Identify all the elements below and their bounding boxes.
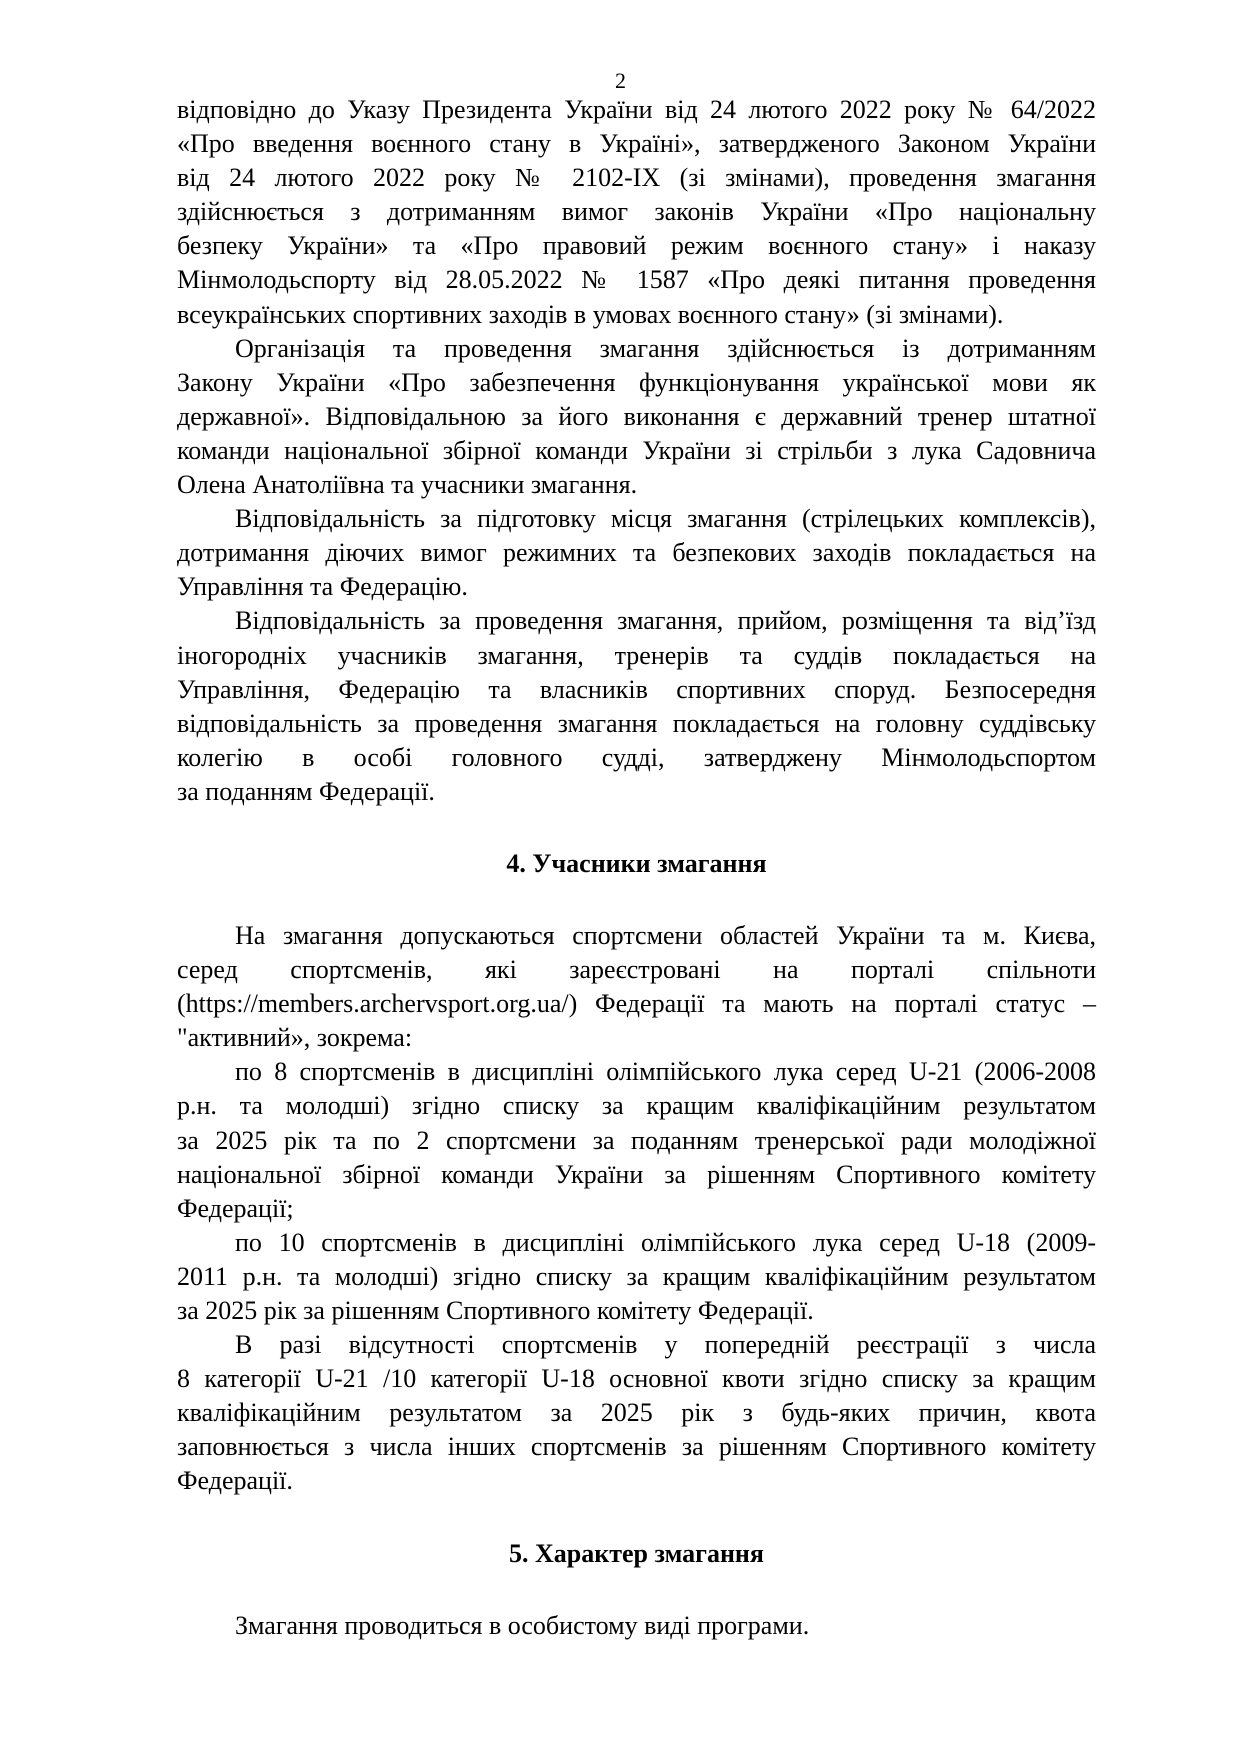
text-line: "активний», зокрема: <box>177 1021 1096 1055</box>
paragraph-u21-quota: по 8 спортсменів в дисципліні олімпійськ… <box>177 1055 1096 1225</box>
paragraph-venue-responsibility: Відповідальність за підготовку місця зма… <box>177 502 1096 604</box>
text-line: іногородніх учасників змагання, тренерів… <box>177 639 1096 673</box>
paragraph-organization: Організація та проведення змагання здійс… <box>177 332 1096 502</box>
text-line: по 8 спортсменів в дисципліні олімпійськ… <box>177 1055 1096 1089</box>
text-line: Мінмолодьспорту від 28.05.2022 № 1587 «П… <box>177 263 1096 297</box>
text-line: Відповідальність за підготовку місця зма… <box>177 502 1096 536</box>
text-line: здійснюється з дотриманням вимог законів… <box>177 195 1096 229</box>
text-line: В разі відсутності спортсменів у поперед… <box>177 1328 1096 1362</box>
text-line: (https://members.archervsport.org.ua/) Ф… <box>177 987 1096 1021</box>
text-line: за поданням Федерації. <box>177 775 1096 809</box>
paragraph-admission: На змагання допускаються спортсмени обла… <box>177 919 1096 1055</box>
text-line: кваліфікаційним результатом за 2025 рік … <box>177 1396 1096 1430</box>
text-line: Змагання проводиться в особистому виді п… <box>177 1609 1096 1643</box>
text-line: безпеку України» та «Про правовий режим … <box>177 229 1096 263</box>
text-line: дотримання діючих вимог режимних та безп… <box>177 536 1096 570</box>
text-line: 2011 р.н. та молодші) згідно списку за к… <box>177 1260 1096 1294</box>
text-line: Федерації; <box>177 1192 1096 1226</box>
text-line: колегію в особі головного судді, затверд… <box>177 741 1096 775</box>
text-line: Федерації. <box>177 1464 1096 1498</box>
text-line: відповідальність за проведення змагання … <box>177 707 1096 741</box>
paragraph-competition-format: Змагання проводиться в особистому виді п… <box>177 1609 1096 1643</box>
text-line: команди національної збірної команди Укр… <box>177 434 1096 468</box>
text-line: за 2025 рік та по 2 спортсмени за поданн… <box>177 1124 1096 1158</box>
paragraph-event-responsibility: Відповідальність за проведення змагання,… <box>177 604 1096 809</box>
document-body: відповідно до Указу Президента України в… <box>177 93 1096 1643</box>
text-line: від 24 лютого 2022 року № 2102-IX (зі зм… <box>177 161 1096 195</box>
text-line: серед спортсменів, які зареєстровані на … <box>177 953 1096 987</box>
text-line: по 10 спортсменів в дисципліні олімпійсь… <box>177 1226 1096 1260</box>
text-line: Організація та проведення змагання здійс… <box>177 332 1096 366</box>
text-line: державної». Відповідальною за його викон… <box>177 400 1096 434</box>
text-line: 8 категорії U-21 /10 категорії U-18 осно… <box>177 1362 1096 1396</box>
section-heading-participants: 4. Учасники змагання <box>177 847 1096 881</box>
paragraph-legal-basis: відповідно до Указу Президента України в… <box>177 93 1096 332</box>
text-line: заповнюється з числа інших спортсменів з… <box>177 1430 1096 1464</box>
paragraph-u18-quota: по 10 спортсменів в дисципліні олімпійсь… <box>177 1226 1096 1328</box>
text-line: Управління, Федерацію та власників спорт… <box>177 673 1096 707</box>
section-heading-competition-format: 5. Характер змагання <box>177 1537 1096 1571</box>
text-line: Відповідальність за проведення змагання,… <box>177 604 1096 638</box>
text-line: всеукраїнських спортивних заходів в умов… <box>177 298 1096 332</box>
text-line: Управління та Федерацію. <box>177 570 1096 604</box>
text-line: р.н. та молодші) згідно списку за кращим… <box>177 1089 1096 1123</box>
text-line: за 2025 рік за рішенням Спортивного комі… <box>177 1294 1096 1328</box>
text-line: національної збірної команди України за … <box>177 1158 1096 1192</box>
text-line: відповідно до Указу Президента України в… <box>177 93 1096 127</box>
text-line: «Про введення воєнного стану в Україні»,… <box>177 127 1096 161</box>
paragraph-quota-fill: В разі відсутності спортсменів у поперед… <box>177 1328 1096 1498</box>
text-line: Олена Анатоліївна та учасники змагання. <box>177 468 1096 502</box>
text-line: На змагання допускаються спортсмени обла… <box>177 919 1096 953</box>
page-number: 2 <box>0 68 1241 94</box>
text-line: Закону України «Про забезпечення функціо… <box>177 366 1096 400</box>
